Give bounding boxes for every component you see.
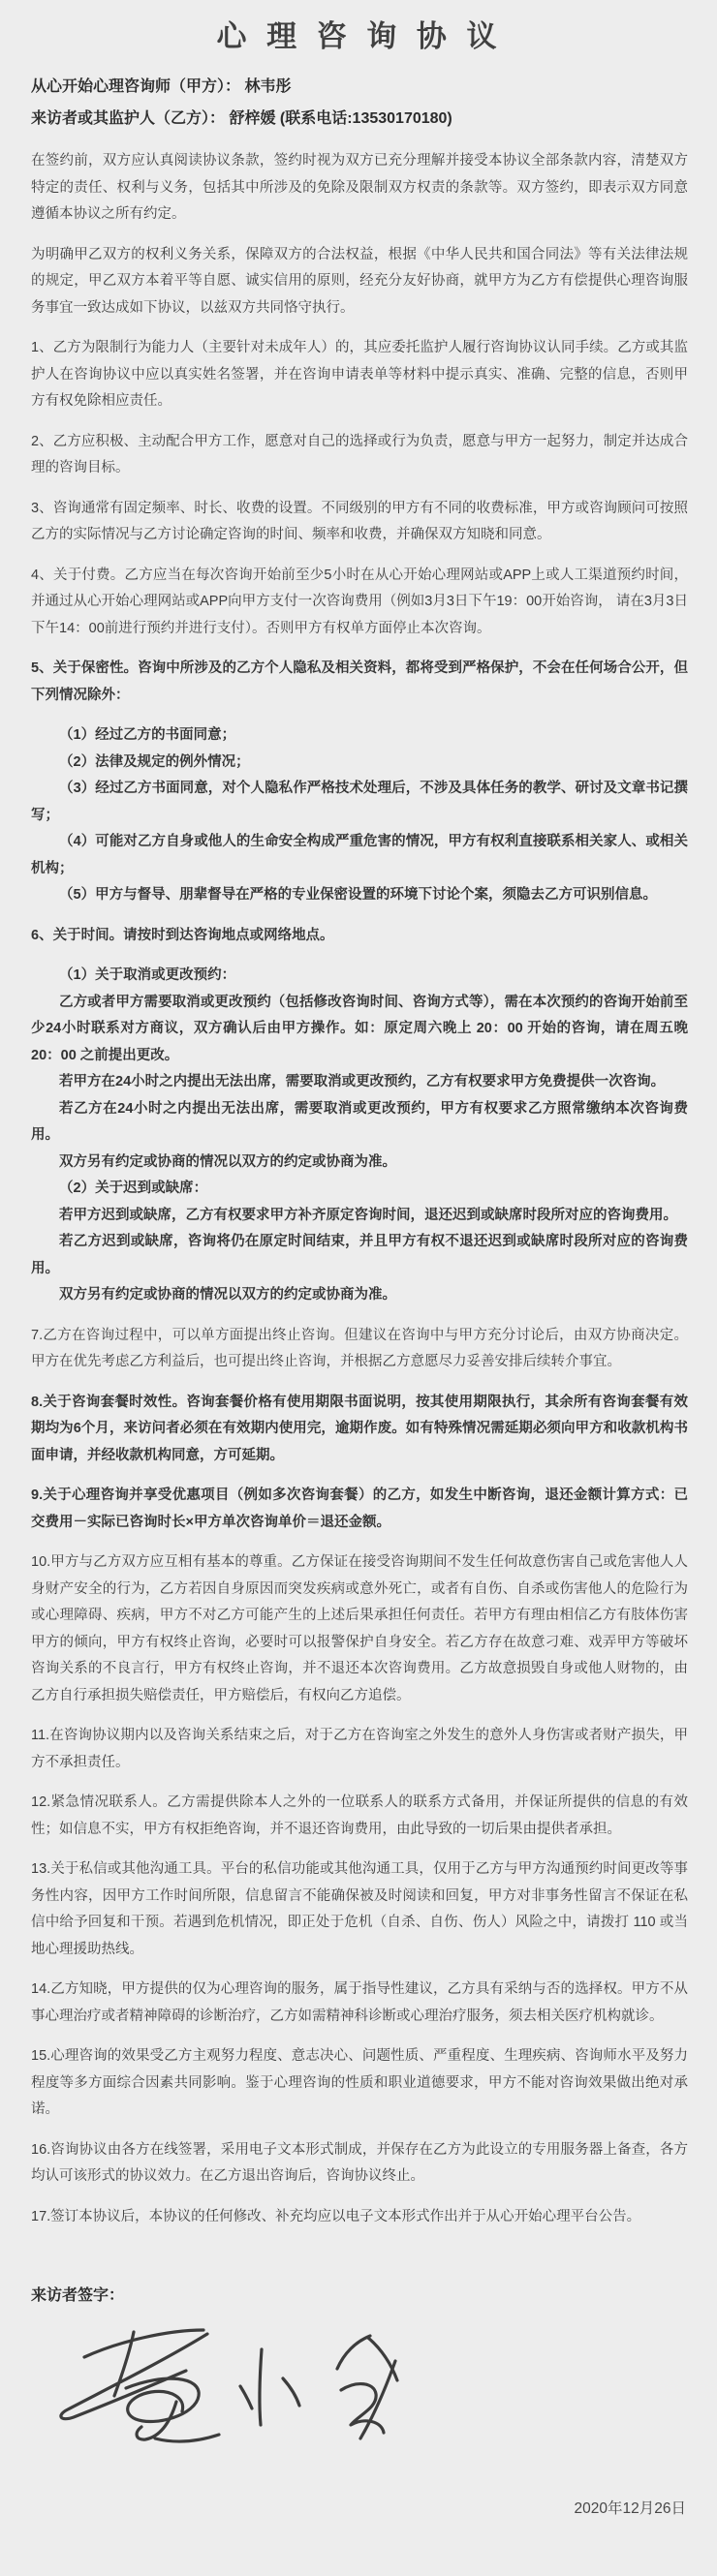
- clause-16: 若甲方在24小时之内提出无法出席，需要取消或更改预约，乙方有权要求甲方免费提供一…: [31, 1069, 688, 1096]
- clause-22: 双方另有约定或协商的情况以双方的约定或协商为准。: [31, 1282, 688, 1309]
- party-a-line: 从心开始心理咨询师（甲方）： 林韦彤: [31, 71, 688, 103]
- clause-7: 5、关于保密性。咨询中所涉及的乙方个人隐私及相关资料，都将受到严格保护，不会在任…: [31, 656, 688, 709]
- clause-30: 14.乙方知晓，甲方提供的仅为心理咨询的服务，属于指导性建议，乙方具有采纳与否的…: [31, 1977, 688, 2030]
- clause-1: 在签约前，双方应认真阅读协议条款，签约时视为双方已充分理解并接受本协议全部条款内…: [31, 148, 688, 229]
- clause-33: 17.签订本协议后，本协议的任何修改、补充均应以电子文本形式作出并于从心开始心理…: [31, 2204, 688, 2231]
- agreement-body: 在签约前，双方应认真阅读协议条款，签约时视为双方已充分理解并接受本协议全部条款内…: [31, 148, 688, 2230]
- clause-23: 7.乙方在咨询过程中，可以单方面提出终止咨询。但建议在咨询中与甲方充分讨论后，由…: [31, 1323, 688, 1376]
- clause-19: （2）关于迟到或缺席：: [31, 1176, 688, 1203]
- signature-stroke: [368, 2338, 397, 2380]
- signature-stroke: [240, 2386, 252, 2408]
- agreement-document: 心 理 咨 询 协 议 从心开始心理咨询师（甲方）： 林韦彤 来访者或其监护人（…: [0, 0, 717, 2576]
- clause-15: 乙方或者甲方需要取消或更改预约（包括修改咨询时间、咨询方式等），需在本次预约的咨…: [31, 990, 688, 1070]
- clause-31: 15.心理咨询的效果受乙方主观努力程度、意志决心、问题性质、严重程度、生理疾病、…: [31, 2043, 688, 2124]
- clause-26: 10.甲方与乙方双方应互相有基本的尊重。乙方保证在接受咨询期间不发生任何故意伤害…: [31, 1549, 688, 1709]
- signature-stroke: [155, 2435, 219, 2441]
- clause-17: 若乙方在24小时之内提出无法出席，需要取消或更改预约，甲方有权要求乙方照常缴纳本…: [31, 1096, 688, 1150]
- signature-stroke: [126, 2378, 199, 2421]
- signature-stroke: [61, 2334, 207, 2419]
- party-b-line: 来访者或其监护人（乙方）： 舒梓媛 (联系电话:13530170180): [31, 103, 688, 135]
- clause-10: （3）经过乙方书面同意，对个人隐私作严格技术处理后，不涉及具体任务的教学、研讨及…: [31, 776, 688, 829]
- clause-14: （1）关于取消或更改预约：: [31, 963, 688, 990]
- page-title: 心 理 咨 询 协 议: [31, 12, 688, 55]
- signature-date: 2020年12月26日: [31, 2497, 688, 2518]
- signature-stroke: [360, 2361, 395, 2438]
- clause-4: 2、乙方应积极、主动配合甲方工作，愿意对自己的选择或行为负责，愿意与甲方一起努力…: [31, 429, 688, 482]
- clause-21: 若乙方迟到或缺席，咨询将仍在原定时间结束，并且甲方有权不退还迟到或缺席时段所对应…: [31, 1229, 688, 1282]
- clause-20: 若甲方迟到或缺席，乙方有权要求甲方补齐原定咨询时间，退还迟到或缺席时段所对应的咨…: [31, 1203, 688, 1230]
- clause-5: 3、咨询通常有固定频率、时长、收费的设置。不同级别的甲方有不同的收费标准，甲方或…: [31, 496, 688, 549]
- signature-stroke: [260, 2349, 262, 2425]
- signature-ink-drawing: [41, 2318, 409, 2446]
- clause-9: （2）法律及规定的例外情况；: [31, 750, 688, 777]
- clause-24: 8.关于咨询套餐时效性。咨询套餐价格有使用期限书面说明，按其使用期限执行，其余所…: [31, 1390, 688, 1470]
- clause-6: 4、关于付费。乙方应当在每次咨询开始前至少5小时在从心开始心理网站或APP上或人…: [31, 563, 688, 643]
- clause-28: 12.紧急情况联系人。乙方需提供除本人之外的一位联系人的联系方式备用，并保证所提…: [31, 1790, 688, 1843]
- signature-stroke: [337, 2336, 370, 2369]
- clause-12: （5）甲方与督导、朋辈督导在严格的专业保密设置的环境下讨论个案，须隐去乙方可识别…: [31, 882, 688, 909]
- clause-11: （4）可能对乙方自身或他人的生命安全构成严重危害的情况，甲方有权利直接联系相关家…: [31, 829, 688, 882]
- signature-area[interactable]: [41, 2318, 688, 2446]
- clause-13: 6、关于时间。请按时到达咨询地点或网络地点。: [31, 923, 688, 950]
- signature-stroke: [283, 2378, 299, 2406]
- clause-18: 双方另有约定或协商的情况以双方的约定或协商为准。: [31, 1150, 688, 1177]
- signature-stroke: [84, 2330, 203, 2357]
- clause-29: 13.关于私信或其他沟通工具。平台的私信功能或其他沟通工具，仅用于乙方与甲方沟通…: [31, 1856, 688, 1963]
- clause-32: 16.咨询协议由各方在线签署，采用电子文本形式制成，并保存在乙方为此设立的专用服…: [31, 2137, 688, 2191]
- clause-27: 11.在咨询协议期内以及咨询关系结束之后，对于乙方在咨询室之外发生的意外人身伤害…: [31, 1723, 688, 1776]
- clause-3: 1、乙方为限制行为能力人（主要针对未成年人）的，其应委托监护人履行咨询协议认同手…: [31, 335, 688, 415]
- visitor-signature-label: 来访者签字：: [31, 2283, 688, 2305]
- clause-8: （1）经过乙方的书面同意；: [31, 722, 688, 750]
- clause-25: 9.关于心理咨询并享受优惠项目（例如多次咨询套餐）的乙方，如发生中断咨询，退还金…: [31, 1483, 688, 1536]
- clause-2: 为明确甲乙双方的权利义务关系，保障双方的合法权益，根据《中华人民共和国合同法》等…: [31, 242, 688, 322]
